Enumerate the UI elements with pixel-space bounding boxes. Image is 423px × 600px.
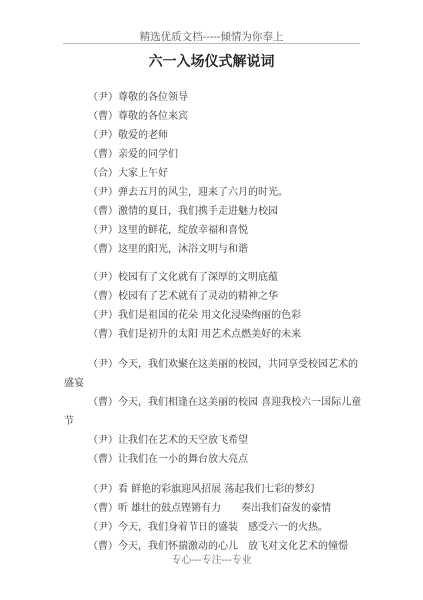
page-footer: 专心---专注---专业 xyxy=(0,551,423,566)
script-line: （合）大家上午好 xyxy=(88,164,168,179)
script-line: （曹）让我们在一小的舞台放大亮点 xyxy=(88,450,248,465)
script-line: 节 xyxy=(64,412,74,427)
page-header: 精选优质文档-----倾情为你奉上 xyxy=(0,29,423,44)
script-line: （曹）听 雄壮的鼓点铿锵有力 奏出我们奋发的豪情 xyxy=(88,499,331,514)
script-line: （曹）校园有了艺术就有了灵动的精神之华 xyxy=(88,287,278,302)
script-line: （尹）今天，我们欢聚在这美丽的校园，共同享受校园艺术的 xyxy=(88,355,358,370)
script-line: （尹）今天，我们身着节日的盛装 感受六一的火热。 xyxy=(88,518,328,533)
script-line: （曹）亲爱的同学们 xyxy=(88,145,178,160)
script-line: 盛宴 xyxy=(64,374,84,389)
script-line: （尹）我们是祖国的花朵 用文化浸染绚丽的色彩 xyxy=(88,306,301,321)
script-line: （尹）尊敬的各位领导 xyxy=(88,88,188,103)
script-line: （曹）今天，我们相逢在这美丽的校园 喜迎我校六一国际儿童 xyxy=(88,393,361,408)
script-line: （曹）我们是初升的太阳 用艺术点燃美好的未来 xyxy=(88,325,301,340)
script-line: （尹）让我们在艺术的天空放飞希望 xyxy=(88,431,248,446)
script-line: （曹）今天，我们怀揣激动的心儿 放飞对文化艺术的憧憬 xyxy=(88,537,348,552)
script-line: （尹）敬爱的老师 xyxy=(88,126,168,141)
header-divider xyxy=(63,43,360,44)
script-line: （曹）这里的阳光，沐浴文明与和谐 xyxy=(88,240,248,255)
script-line: （曹）激情的夏日，我们携手走进魅力校园 xyxy=(88,202,278,217)
script-line: （尹）校园有了文化就有了深厚的文明底蕴 xyxy=(88,268,278,283)
script-line: （曹）尊敬的各位来宾 xyxy=(88,107,188,122)
script-line: （尹）弹去五月的风尘，迎来了六月的时光。 xyxy=(88,183,288,198)
script-line: （尹）看 鲜艳的彩旗迎风招展 荡起我们七彩的梦幻 xyxy=(88,480,314,495)
script-line: （尹）这里的鲜花，绽放幸福和喜悦 xyxy=(88,221,248,236)
document-title: 六一入场仪式解说词 xyxy=(0,51,423,71)
